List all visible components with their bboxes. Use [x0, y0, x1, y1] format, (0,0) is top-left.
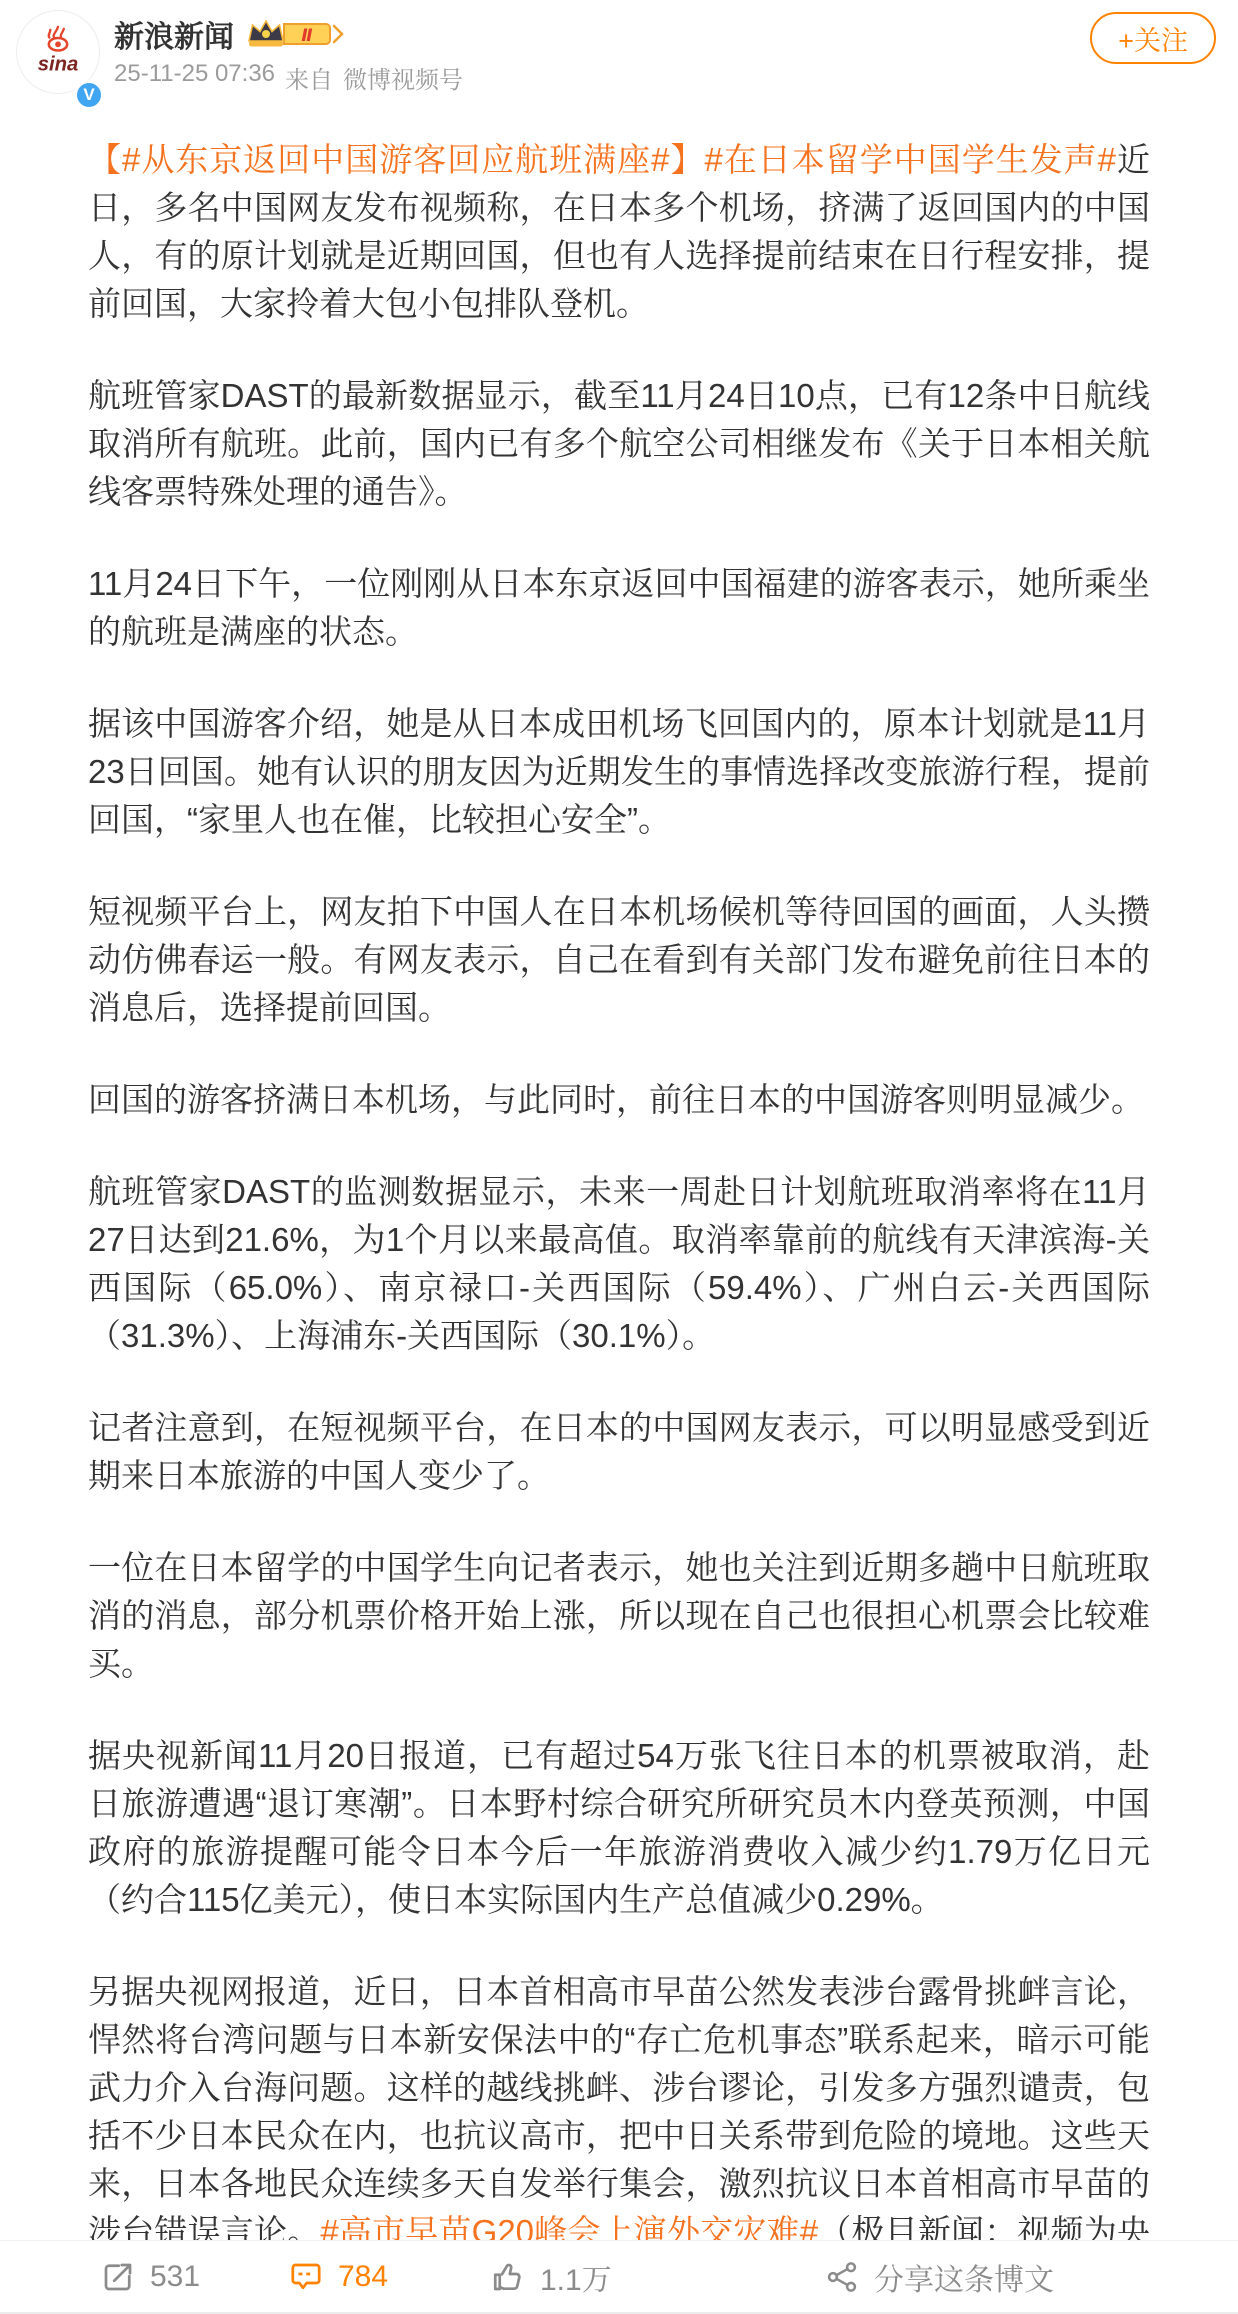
account-name[interactable]: 新浪新闻	[114, 12, 234, 56]
text-run: 据央视新闻11月20日报道，已有超过54万张飞往日本的机票被取消，赴日旅游遭遇“…	[88, 1737, 1150, 1918]
verified-badge-icon: V	[74, 80, 104, 110]
sina-wordmark: sina	[38, 53, 79, 75]
follow-button[interactable]: +关注	[1090, 12, 1216, 64]
text-run: 一位在日本留学的中国学生向记者表示，她也关注到近期多趟中日航班取消的消息，部分机…	[88, 1549, 1150, 1682]
share-icon	[824, 2259, 860, 2295]
like-count: 1.1万	[540, 2255, 612, 2299]
post-paragraph: 【#从东京返回中国游客回应航班满座#】#在日本留学中国学生发声#近日，多名中国网…	[88, 136, 1150, 328]
hashtag-link[interactable]: #在日本留学中国学生发声#	[704, 141, 1116, 178]
repost-button[interactable]: 531	[100, 2259, 288, 2295]
text-run: 据该中国游客介绍，她是从日本成田机场飞回国内的，原本计划就是11月23日回国。她…	[88, 705, 1150, 838]
text-run: 另据央视网报道，近日，日本首相高市早苗公然发表涉台露骨挑衅言论，悍然将台湾问题与…	[88, 1973, 1150, 2250]
sina-logo-icon: sina	[29, 24, 87, 80]
post-paragraph: 回国的游客挤满日本机场，与此同时，前往日本的中国游客则明显减少。	[88, 1076, 1150, 1124]
post-paragraph: 航班管家DAST的最新数据显示，截至11月24日10点，已有12条中日航线取消所…	[88, 372, 1150, 516]
comment-icon	[288, 2259, 324, 2295]
source-link[interactable]: 微博视频号	[343, 60, 463, 95]
post-paragraph: 短视频平台上，网友拍下中国人在日本机场候机等待回国的画面，人头攒动仿佛春运一般。…	[88, 888, 1150, 1032]
post-text: 【#从东京返回中国游客回应航班满座#】#在日本留学中国学生发声#近日，多名中国网…	[0, 136, 1238, 2304]
weibo-post: sina V 新浪新闻 Ⅱ 25-11-25 07:36 来自 微博视频号 +关…	[0, 0, 1238, 2314]
post-paragraph: 记者注意到，在短视频平台，在日本的中国网友表示，可以明显感受到近期来日本旅游的中…	[88, 1404, 1150, 1500]
timestamp: 25-11-25 07:36	[114, 60, 275, 95]
share-button[interactable]: 分享这条博文	[824, 2255, 1054, 2299]
vip-crown-icon: Ⅱ	[244, 17, 344, 51]
repost-icon	[100, 2259, 136, 2295]
like-button[interactable]: 1.1万	[490, 2255, 752, 2299]
text-run: 航班管家DAST的监测数据显示，未来一周赴日计划航班取消率将在11月27日达到2…	[88, 1173, 1150, 1354]
post-paragraph: 据该中国游客介绍，她是从日本成田机场飞回国内的，原本计划就是11月23日回国。她…	[88, 700, 1150, 844]
comment-button[interactable]: 784	[288, 2259, 490, 2295]
text-run: 记者注意到，在短视频平台，在日本的中国网友表示，可以明显感受到近期来日本旅游的中…	[88, 1409, 1150, 1494]
share-label: 分享这条博文	[874, 2255, 1054, 2299]
vip-level-badge: Ⅱ	[301, 26, 312, 45]
post-paragraph: 航班管家DAST的监测数据显示，未来一周赴日计划航班取消率将在11月27日达到2…	[88, 1168, 1150, 1360]
post-header: sina V 新浪新闻 Ⅱ 25-11-25 07:36 来自 微博视频号 +关…	[0, 0, 1238, 110]
repost-count: 531	[150, 2260, 200, 2294]
text-run: 航班管家DAST的最新数据显示，截至11月24日10点，已有12条中日航线取消所…	[88, 377, 1150, 510]
hashtag-link[interactable]: 【#从东京返回中国游客回应航班满座#】	[88, 141, 704, 178]
post-paragraph: 11月24日下午，一位刚刚从日本东京返回中国福建的游客表示，她所乘坐的航班是满座…	[88, 560, 1150, 656]
text-run: 11月24日下午，一位刚刚从日本东京返回中国福建的游客表示，她所乘坐的航班是满座…	[88, 565, 1150, 650]
action-bar: 531 784 1.1万 分享这条博文	[0, 2240, 1238, 2314]
source-prefix: 来自	[285, 60, 333, 95]
text-run: 短视频平台上，网友拍下中国人在日本机场候机等待回国的画面，人头攒动仿佛春运一般。…	[88, 893, 1150, 1026]
post-paragraph: 据央视新闻11月20日报道，已有超过54万张飞往日本的机票被取消，赴日旅游遭遇“…	[88, 1732, 1150, 1924]
text-run: 回国的游客挤满日本机场，与此同时，前往日本的中国游客则明显减少。	[88, 1081, 1144, 1118]
comment-count: 784	[338, 2260, 388, 2294]
like-icon	[490, 2259, 526, 2295]
post-paragraph: 一位在日本留学的中国学生向记者表示，她也关注到近期多趟中日航班取消的消息，部分机…	[88, 1544, 1150, 1688]
